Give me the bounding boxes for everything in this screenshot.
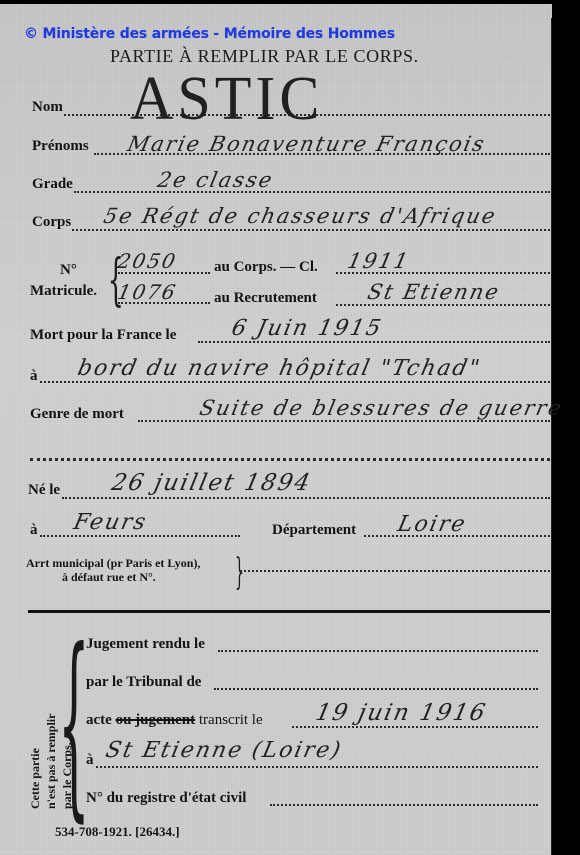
recrutement-value: St Etienne	[365, 280, 502, 304]
copyright-watermark: © Ministère des armées - Mémoire des Hom…	[24, 26, 395, 42]
transcrit-a-value: St Etienne (Loire)	[103, 738, 344, 763]
jugement-struck-label: ou jugement	[116, 712, 196, 728]
acte-transcrit-line	[292, 726, 538, 728]
arrondissement-label-line2: à défaut rue et N°.	[62, 570, 156, 584]
prenoms-value: Marie Bonaventure François	[125, 132, 488, 156]
departement-value: Loire	[395, 512, 469, 537]
departement-label: Département	[272, 522, 356, 539]
card-edge	[551, 18, 552, 855]
section-divider	[28, 610, 550, 613]
recrutement-line	[336, 304, 550, 306]
corps-value: 5e Régt de chasseurs d'Afrique	[101, 204, 499, 228]
transcrit-le-label: transcrit le	[199, 712, 263, 728]
side-note-line1: Cette partie	[28, 748, 43, 809]
print-reference-code: 534-708-1921. [26434.]	[55, 824, 180, 840]
corps-label: Corps	[32, 214, 71, 231]
arrondissement-line	[240, 570, 550, 572]
death-record-card: © Ministère des armées - Mémoire des Hom…	[0, 4, 552, 855]
matricule-label: Matricule.	[30, 283, 97, 300]
tribunal-label: par le Tribunal de	[86, 674, 201, 691]
matricule-no-label: N°	[60, 262, 77, 279]
mort-le-line	[198, 341, 550, 343]
ne-le-value: 26 juillet 1894	[109, 470, 314, 496]
mort-a-value: bord du navire hôpital "Tchad"	[75, 356, 483, 381]
acte-transcrit-value: 19 juin 1916	[313, 700, 489, 726]
au-corps-label: au Corps. — Cl.	[214, 259, 318, 276]
genre-de-mort-value: Suite de blessures de guerre	[197, 396, 565, 420]
genre-de-mort-line	[138, 420, 550, 422]
mort-le-value: 6 Juin 1915	[229, 316, 384, 341]
corps-number-value: 2050	[115, 249, 179, 273]
prenoms-label: Prénoms	[32, 138, 89, 155]
transcrit-a-line	[96, 766, 538, 768]
au-recrutement-label: au Recrutement	[214, 290, 317, 307]
mort-a-label: à	[30, 368, 38, 385]
ne-a-value: Feurs	[71, 510, 149, 535]
mort-a-line	[40, 381, 550, 383]
mort-le-label: Mort pour la France le	[30, 327, 176, 344]
ne-a-label: à	[30, 522, 38, 539]
ne-a-line	[40, 535, 240, 537]
arrondissement-brace: }	[235, 552, 244, 593]
nom-label: Nom	[32, 99, 63, 116]
grade-line	[74, 191, 550, 193]
classe-value: 1911	[345, 249, 412, 273]
acte-transcrit-label: acte ou jugement transcrit le	[86, 712, 263, 729]
side-note-line2: n'est pas à remplir	[44, 714, 59, 809]
arrondissement-label-line1: Arrt municipal (pr Paris et Lyon),	[26, 556, 200, 570]
corps-line	[72, 229, 550, 231]
nom-value: ASTIC	[130, 62, 323, 134]
registre-label: N° du registre d'état civil	[86, 790, 246, 807]
acte-label: acte	[86, 712, 112, 728]
grade-value: 2e classe	[155, 168, 276, 192]
jugement-rendu-line	[218, 650, 538, 652]
recrutement-number-value: 1076	[115, 280, 179, 304]
jugement-rendu-label: Jugement rendu le	[86, 636, 205, 653]
transcrit-a-label: à	[86, 752, 94, 769]
separator-line	[30, 458, 550, 461]
registre-line	[270, 804, 538, 806]
tribunal-line	[214, 688, 538, 690]
grade-label: Grade	[32, 176, 73, 193]
ne-le-label: Né le	[28, 482, 60, 499]
ne-le-line	[62, 497, 550, 499]
genre-de-mort-label: Genre de mort	[30, 406, 124, 423]
